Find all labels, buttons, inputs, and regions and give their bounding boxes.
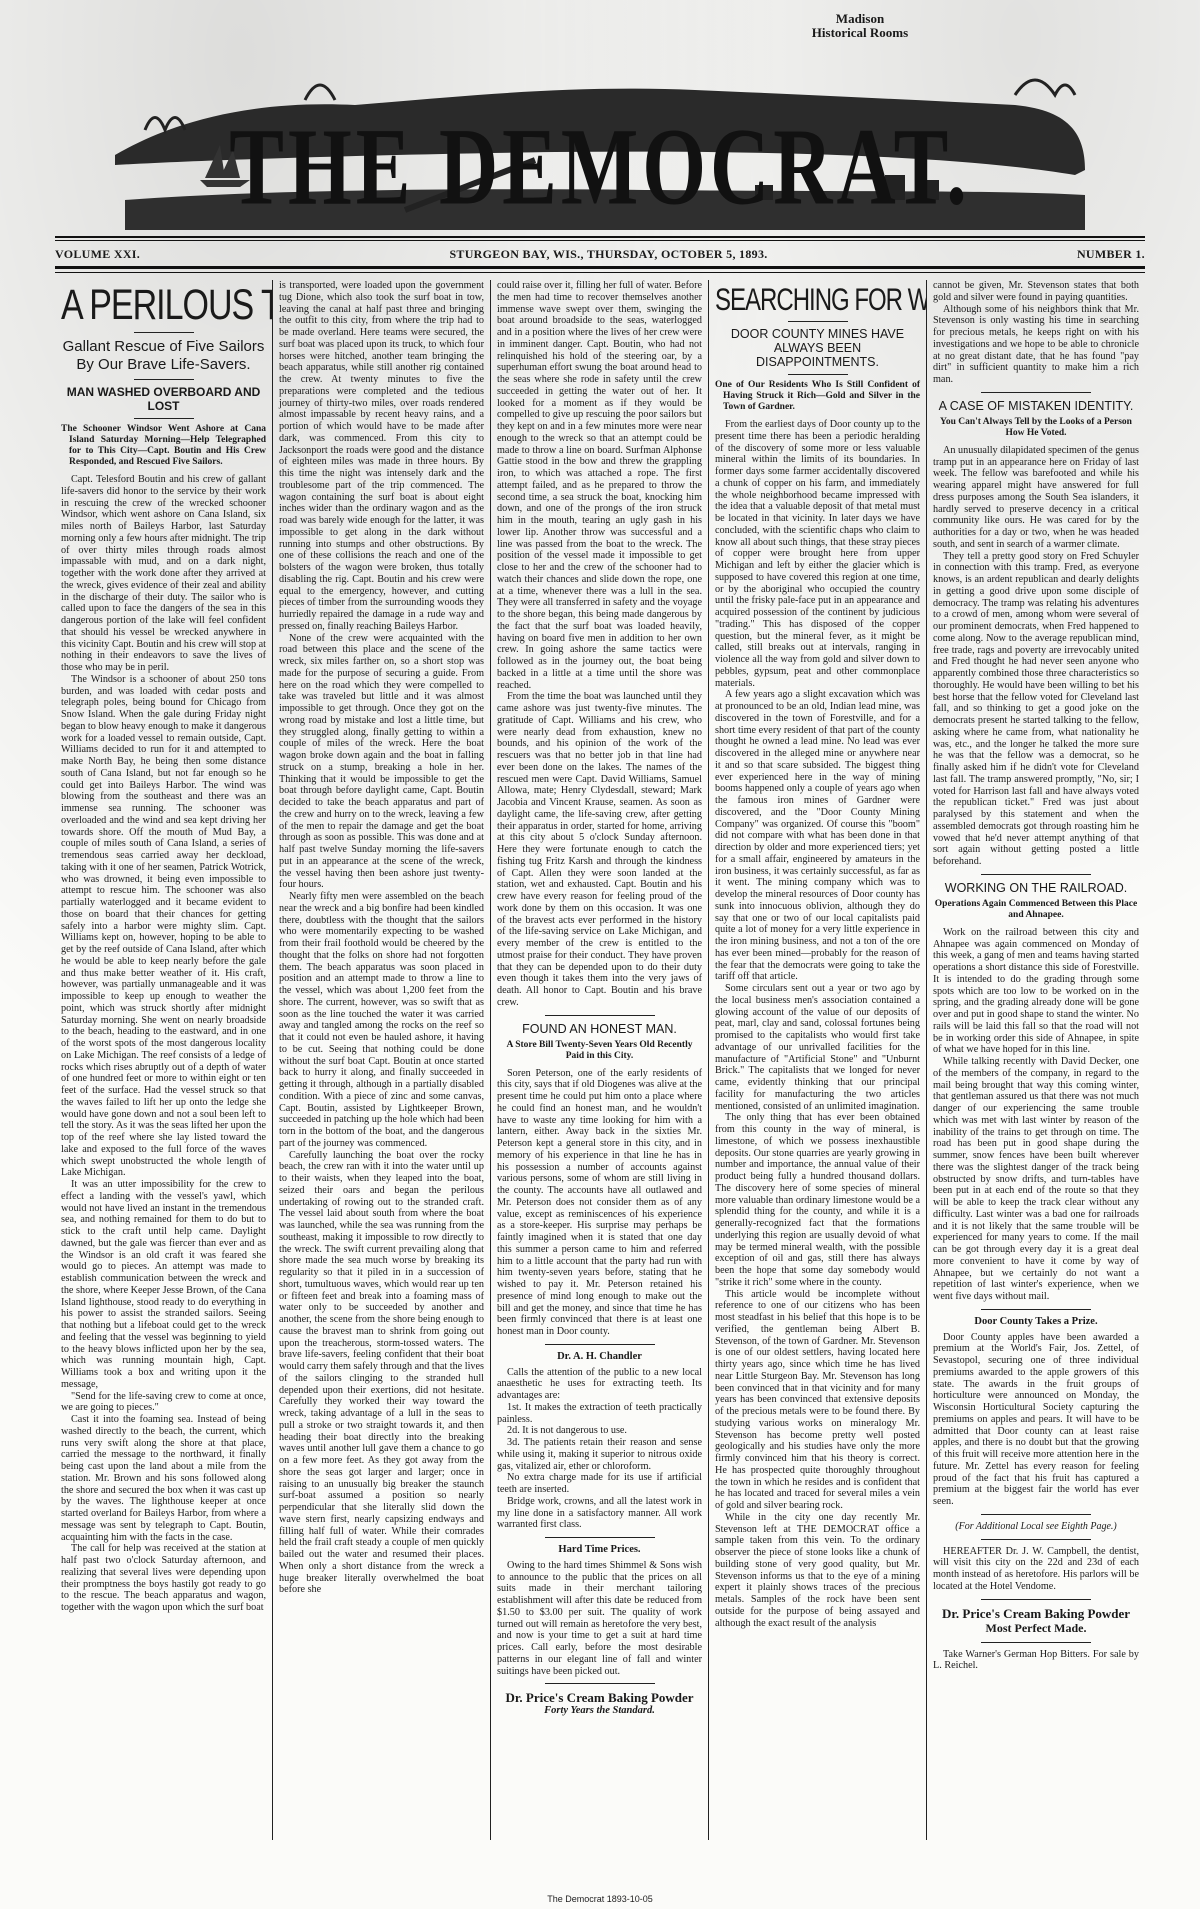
paragraph: None of the crew were acquainted with th… — [279, 633, 484, 892]
paragraph: The call for help was received at the st… — [61, 1543, 266, 1614]
ad-baking-powder: Dr. Price's Cream Baking Powder — [497, 1690, 702, 1705]
image-caption: The Democrat 1893-10-05 — [0, 1894, 1200, 1904]
divider — [545, 1683, 655, 1684]
paragraph: Capt. Telesford Boutin and his crew of g… — [61, 474, 266, 674]
divider — [981, 1599, 1091, 1600]
paragraph: This article would be incomplete without… — [715, 1289, 920, 1512]
notice-warner: Take Warner's German Hop Bitters. For sa… — [933, 1649, 1139, 1673]
divider — [788, 321, 848, 322]
divider — [545, 1344, 655, 1345]
dateline-rule-thin — [55, 272, 1145, 273]
paragraph: Nearly fifty men were assembled on the b… — [279, 891, 484, 1150]
paragraph: No extra charge made for its use if arti… — [497, 1472, 702, 1496]
headline-prize: Door County Takes a Prize. — [933, 1316, 1139, 1328]
notice-campbell: HEREAFTER Dr. J. W. Campbell, the dentis… — [933, 1546, 1139, 1593]
paragraph: Carefully launching the boat over the ro… — [279, 1150, 484, 1597]
divider — [788, 374, 848, 375]
paragraph: From the time the boat was launched unti… — [497, 691, 702, 1008]
subhead-door-county-mines: DOOR COUNTY MINES HAVE ALWAYS BEEN DISAP… — [715, 327, 920, 369]
paragraph: From the earliest days of Door county up… — [715, 419, 920, 689]
dateline-rule — [55, 266, 1145, 269]
additional-local-note: (For Additional Local see Eighth Page.) — [933, 1521, 1139, 1533]
divider — [134, 379, 194, 380]
paragraph: The only thing that has ever been obtain… — [715, 1112, 920, 1288]
column-3: could raise over it, filling her full of… — [491, 280, 709, 1840]
paragraph: The Windsor is a schooner of about 250 t… — [61, 674, 266, 1179]
newspaper-title: THE DEMOCRAT. — [55, 104, 1145, 231]
stamp-line-1: Madison — [800, 12, 920, 26]
paragraph: could raise over it, filling her full of… — [497, 280, 702, 691]
issue-number: NUMBER 1. — [1077, 247, 1145, 262]
top-rule-thin — [55, 240, 1145, 241]
paragraph: While talking recently with David Decker… — [933, 1056, 1139, 1303]
masthead: THE DEMOCRAT. — [55, 60, 1145, 230]
divider — [981, 1642, 1091, 1643]
divider — [545, 1537, 655, 1538]
headline-railroad: WORKING ON THE RAILROAD. — [933, 881, 1139, 895]
top-rule — [55, 236, 1145, 238]
divider — [981, 392, 1091, 393]
divider — [134, 418, 194, 419]
paragraph: cannot be given, Mr. Stevenson states th… — [933, 280, 1139, 304]
article-columns: A PERILOUS TRIP. Gallant Rescue of Five … — [55, 280, 1145, 1840]
library-stamp: Madison Historical Rooms — [800, 12, 920, 40]
divider — [981, 874, 1091, 875]
deck-looks-of-person: You Can't Always Tell by the Looks of a … — [933, 417, 1139, 439]
paragraph: is transported, were loaded upon the gov… — [279, 280, 484, 633]
column-4: SEARCHING FOR WEALTH. DOOR COUNTY MINES … — [709, 280, 927, 1840]
paragraph: They tell a pretty good story on Fred Sc… — [933, 551, 1139, 868]
paragraph: Bridge work, crowns, and all the latest … — [497, 1496, 702, 1531]
paragraph: Calls the attention of the public to a n… — [497, 1367, 702, 1402]
deck-store-bill: A Store Bill Twenty-Seven Years Old Rece… — [497, 1040, 702, 1062]
paragraph: Cast it into the foaming sea. Instead of… — [61, 1414, 266, 1543]
stamp-line-2: Historical Rooms — [800, 26, 920, 40]
headline-hard-time-prices: Hard Time Prices. — [497, 1544, 702, 1556]
list-item: 1st. It makes the extraction of teeth pr… — [497, 1402, 702, 1426]
paragraph: Although some of his neighbors think tha… — [933, 304, 1139, 386]
paragraph: An unusually dilapidated specimen of the… — [933, 445, 1139, 551]
column-1: A PERILOUS TRIP. Gallant Rescue of Five … — [55, 280, 273, 1840]
deck-residents-confident: One of Our Residents Who Is Still Confid… — [715, 380, 920, 413]
divider — [981, 1309, 1091, 1310]
list-item: 3d. The patients retain their reason and… — [497, 1437, 702, 1472]
paragraph: Some circulars sent out a year or two ag… — [715, 983, 920, 1112]
ad-baking-powder-tagline: Forty Years the Standard. — [497, 1705, 702, 1717]
paragraph: A few years ago a slight excavation whic… — [715, 689, 920, 983]
column-5: cannot be given, Mr. Stevenson states th… — [927, 280, 1145, 1840]
column-2: is transported, were loaded upon the gov… — [273, 280, 491, 1840]
section-head-man-washed: MAN WASHED OVERBOARD AND LOST — [61, 385, 266, 413]
deck-schooner-windsor: The Schooner Windsor Went Ashore at Cana… — [61, 424, 266, 468]
divider — [981, 1514, 1091, 1515]
headline-searching-wealth: SEARCHING FOR WEALTH. — [715, 282, 920, 321]
headline-chandler: Dr. A. H. Chandler — [497, 1351, 702, 1363]
volume-label: VOLUME XXI. — [55, 247, 140, 262]
subhead-gallant-rescue: Gallant Rescue of Five Sailors By Our Br… — [61, 338, 266, 374]
divider — [134, 332, 194, 333]
dateline: VOLUME XXI. STURGEON BAY, WIS., THURSDAY… — [55, 246, 1145, 262]
paragraph: It was an utter impossibility for the cr… — [61, 1179, 266, 1391]
paragraph: Owing to the hard times Shimmel & Sons w… — [497, 1560, 702, 1678]
list-item: 2d. It is not dangerous to use. — [497, 1425, 702, 1437]
headline-honest-man: FOUND AN HONEST MAN. — [497, 1022, 702, 1036]
paragraph: Soren Peterson, one of the early residen… — [497, 1068, 702, 1338]
paragraph: Work on the railroad between this city a… — [933, 927, 1139, 1056]
paragraph: While in the city one day recently Mr. S… — [715, 1512, 920, 1630]
paragraph: Door County apples have been awarded a p… — [933, 1332, 1139, 1508]
headline-mistaken-identity: A CASE OF MISTAKEN IDENTITY. — [933, 399, 1139, 413]
headline-perilous-trip: A PERILOUS TRIP. — [61, 280, 266, 331]
ad-baking-powder-tagline: Most Perfect Made. — [933, 1621, 1139, 1636]
divider — [981, 1539, 1091, 1540]
deck-operations-commenced: Operations Again Commenced Between this … — [933, 899, 1139, 921]
quoted-message: "Send for the life-saving crew to come a… — [61, 1391, 266, 1415]
divider — [545, 1015, 655, 1016]
place-date: STURGEON BAY, WIS., THURSDAY, OCTOBER 5,… — [449, 247, 767, 262]
ad-baking-powder: Dr. Price's Cream Baking Powder — [933, 1606, 1139, 1621]
